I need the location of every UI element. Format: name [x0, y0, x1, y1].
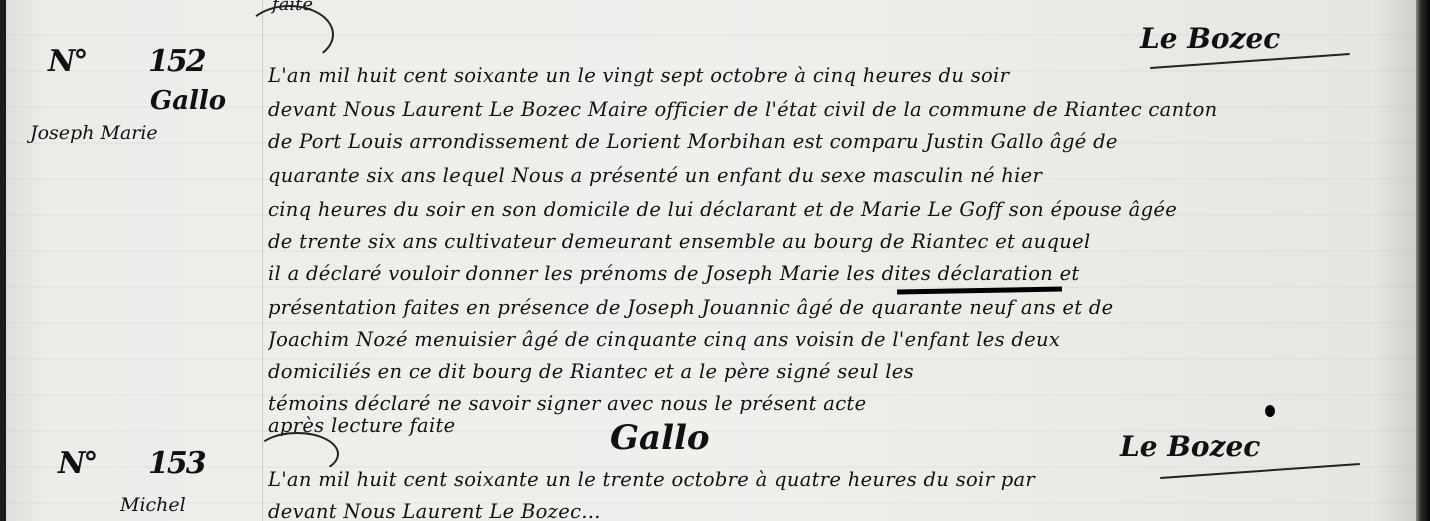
act-number-1: 152: [148, 44, 205, 79]
mayor-signature: Le Bozec: [1120, 430, 1260, 463]
register-number-2: N°: [58, 446, 96, 481]
entry-1-line-7: il a déclaré vouloir donner les prénoms …: [268, 262, 1378, 285]
entry-2-line-2: devant Nous Laurent Le Bozec...: [268, 500, 1378, 521]
mayor-signature-top: Le Bozec: [1140, 22, 1280, 55]
underline-given-names: [897, 287, 1062, 295]
entry-1-line-4: quarante six ans lequel Nous a présenté …: [268, 164, 1378, 187]
scan-left-edge: [0, 0, 6, 521]
paraph-flourish: [245, 5, 334, 64]
ink-blot: [1265, 405, 1275, 417]
entry-1-line-1: L'an mil huit cent soixante un le vingt …: [268, 64, 1378, 87]
entry-1-line-10: domiciliés en ce dit bourg de Riantec et…: [268, 360, 1378, 383]
entry-1-line-11: témoins déclaré ne savoir signer avec no…: [268, 392, 1378, 415]
entry-1-line-5: cinq heures du soir en son domicile de l…: [268, 198, 1378, 221]
margin-given-names-1: Joseph Marie: [30, 122, 158, 144]
register-number-1: N°: [48, 44, 86, 79]
entry-1-line-2: devant Nous Laurent Le Bozec Maire offic…: [268, 98, 1378, 121]
entry-1-line-6: de trente six ans cultivateur demeurant …: [268, 230, 1378, 253]
registry-page: faite N° 152 Gallo Joseph Marie Le Bozec…: [0, 0, 1430, 521]
act-number-2: 153: [148, 446, 205, 481]
book-binding-edge: [1416, 0, 1430, 521]
entry-2-line-1: L'an mil huit cent soixante un le trente…: [268, 468, 1378, 491]
entry-1-line-9: Joachim Nozé menuisier âgé de cinquante …: [268, 328, 1378, 351]
margin-surname-1: Gallo: [150, 86, 226, 116]
entry-1-line-12: après lecture faite: [268, 414, 668, 437]
entry-1-line-8: présentation faites en présence de Josep…: [268, 296, 1378, 319]
father-signature: Gallo: [610, 418, 710, 458]
margin-given-names-2: Michel: [120, 494, 186, 516]
entry-1-line-3: de Port Louis arrondissement de Lorient …: [268, 130, 1378, 153]
